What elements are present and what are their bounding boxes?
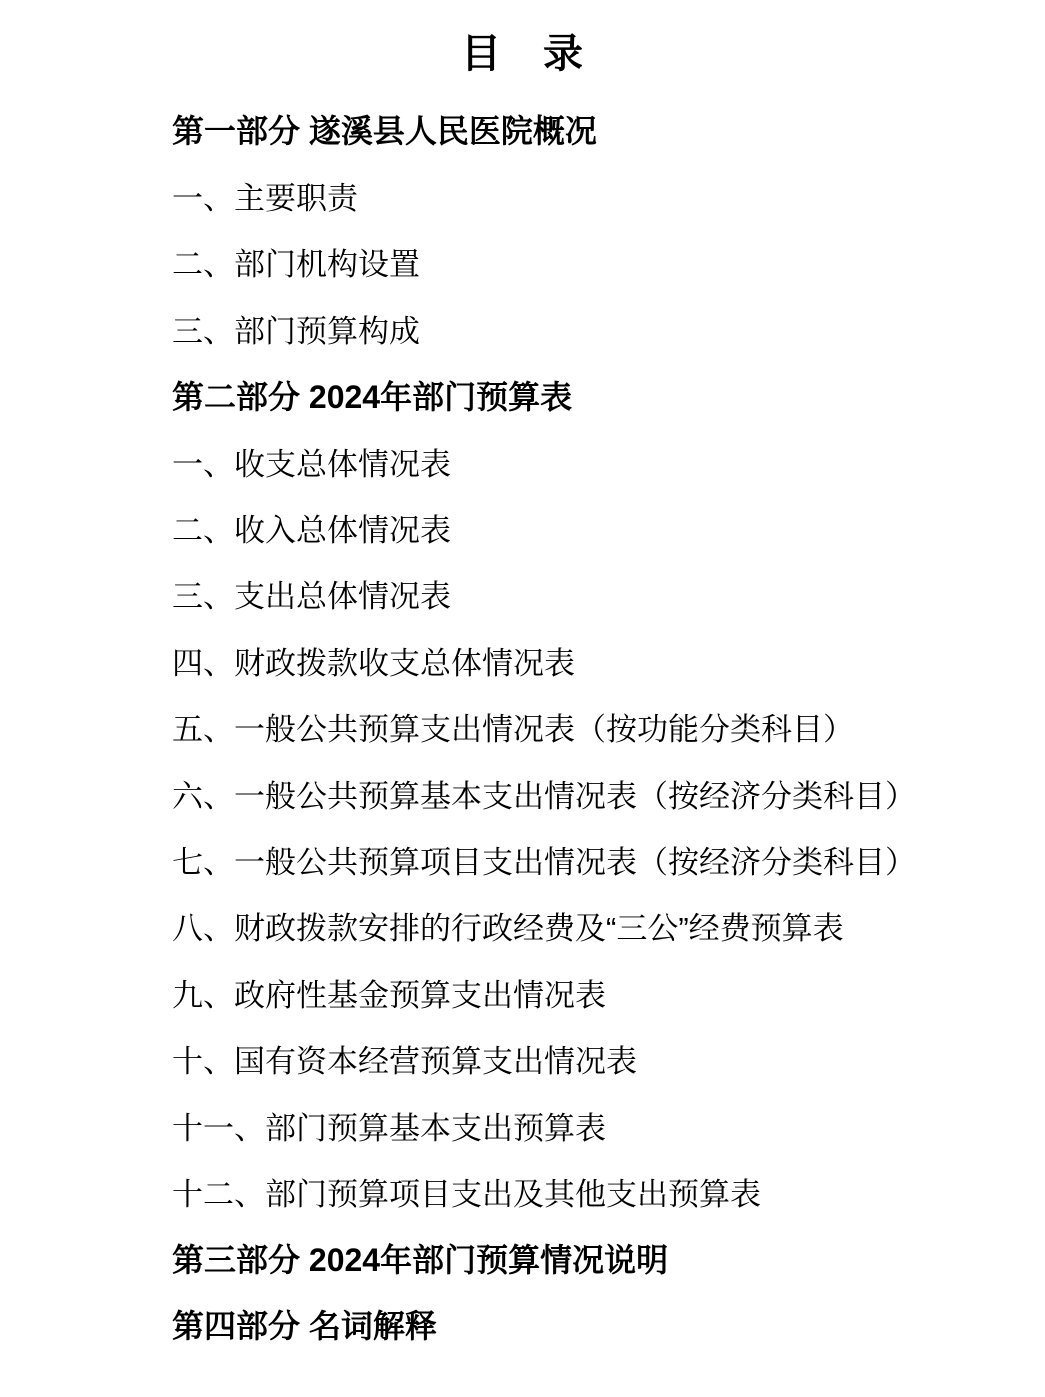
toc-item-budget-composition: 三、部门预算构成 <box>172 295 1005 361</box>
toc-section-part4: 第四部分 名词解释 <box>172 1291 1005 1357</box>
toc-item-admin-three-public-funds: 八、财政拨款安排的行政经费及“三公”经费预算表 <box>172 893 1005 959</box>
toc-item-general-budget-project-expense-economic: 七、一般公共预算项目支出情况表（按经济分类科目） <box>172 826 1005 892</box>
document-page: 目 录 第一部分 遂溪县人民医院概况 一、主要职责 二、部门机构设置 三、部门预… <box>0 0 1045 1397</box>
toc-item-income-expense-overview: 一、收支总体情况表 <box>172 428 1005 494</box>
toc-item-fiscal-allocation-overview: 四、财政拨款收支总体情况表 <box>172 627 1005 693</box>
toc-item-org-structure: 二、部门机构设置 <box>172 229 1005 295</box>
toc-section-part3: 第三部分 2024年部门预算情况说明 <box>172 1225 1005 1291</box>
toc-item-state-capital-budget-expense: 十、国有资本经营预算支出情况表 <box>172 1025 1005 1091</box>
toc-section-part2: 第二部分 2024年部门预算表 <box>172 362 1005 428</box>
toc-item-general-budget-basic-expense-economic: 六、一般公共预算基本支出情况表（按经济分类科目） <box>172 760 1005 826</box>
toc-item-income-overview: 二、收入总体情况表 <box>172 494 1005 560</box>
toc-item-main-duties: 一、主要职责 <box>172 162 1005 228</box>
toc-item-dept-basic-expense-budget: 十一、部门预算基本支出预算表 <box>172 1092 1005 1158</box>
toc-item-general-budget-expense-function: 五、一般公共预算支出情况表（按功能分类科目） <box>172 694 1005 760</box>
toc-entries: 第一部分 遂溪县人民医院概况 一、主要职责 二、部门机构设置 三、部门预算构成 … <box>172 96 1005 1357</box>
toc-item-government-fund-budget-expense: 九、政府性基金预算支出情况表 <box>172 959 1005 1025</box>
toc-title: 目 录 <box>0 0 1045 68</box>
toc-section-part1: 第一部分 遂溪县人民医院概况 <box>172 96 1005 162</box>
toc-item-expense-overview: 三、支出总体情况表 <box>172 561 1005 627</box>
toc-item-dept-project-other-expense-budget: 十二、部门预算项目支出及其他支出预算表 <box>172 1158 1005 1224</box>
